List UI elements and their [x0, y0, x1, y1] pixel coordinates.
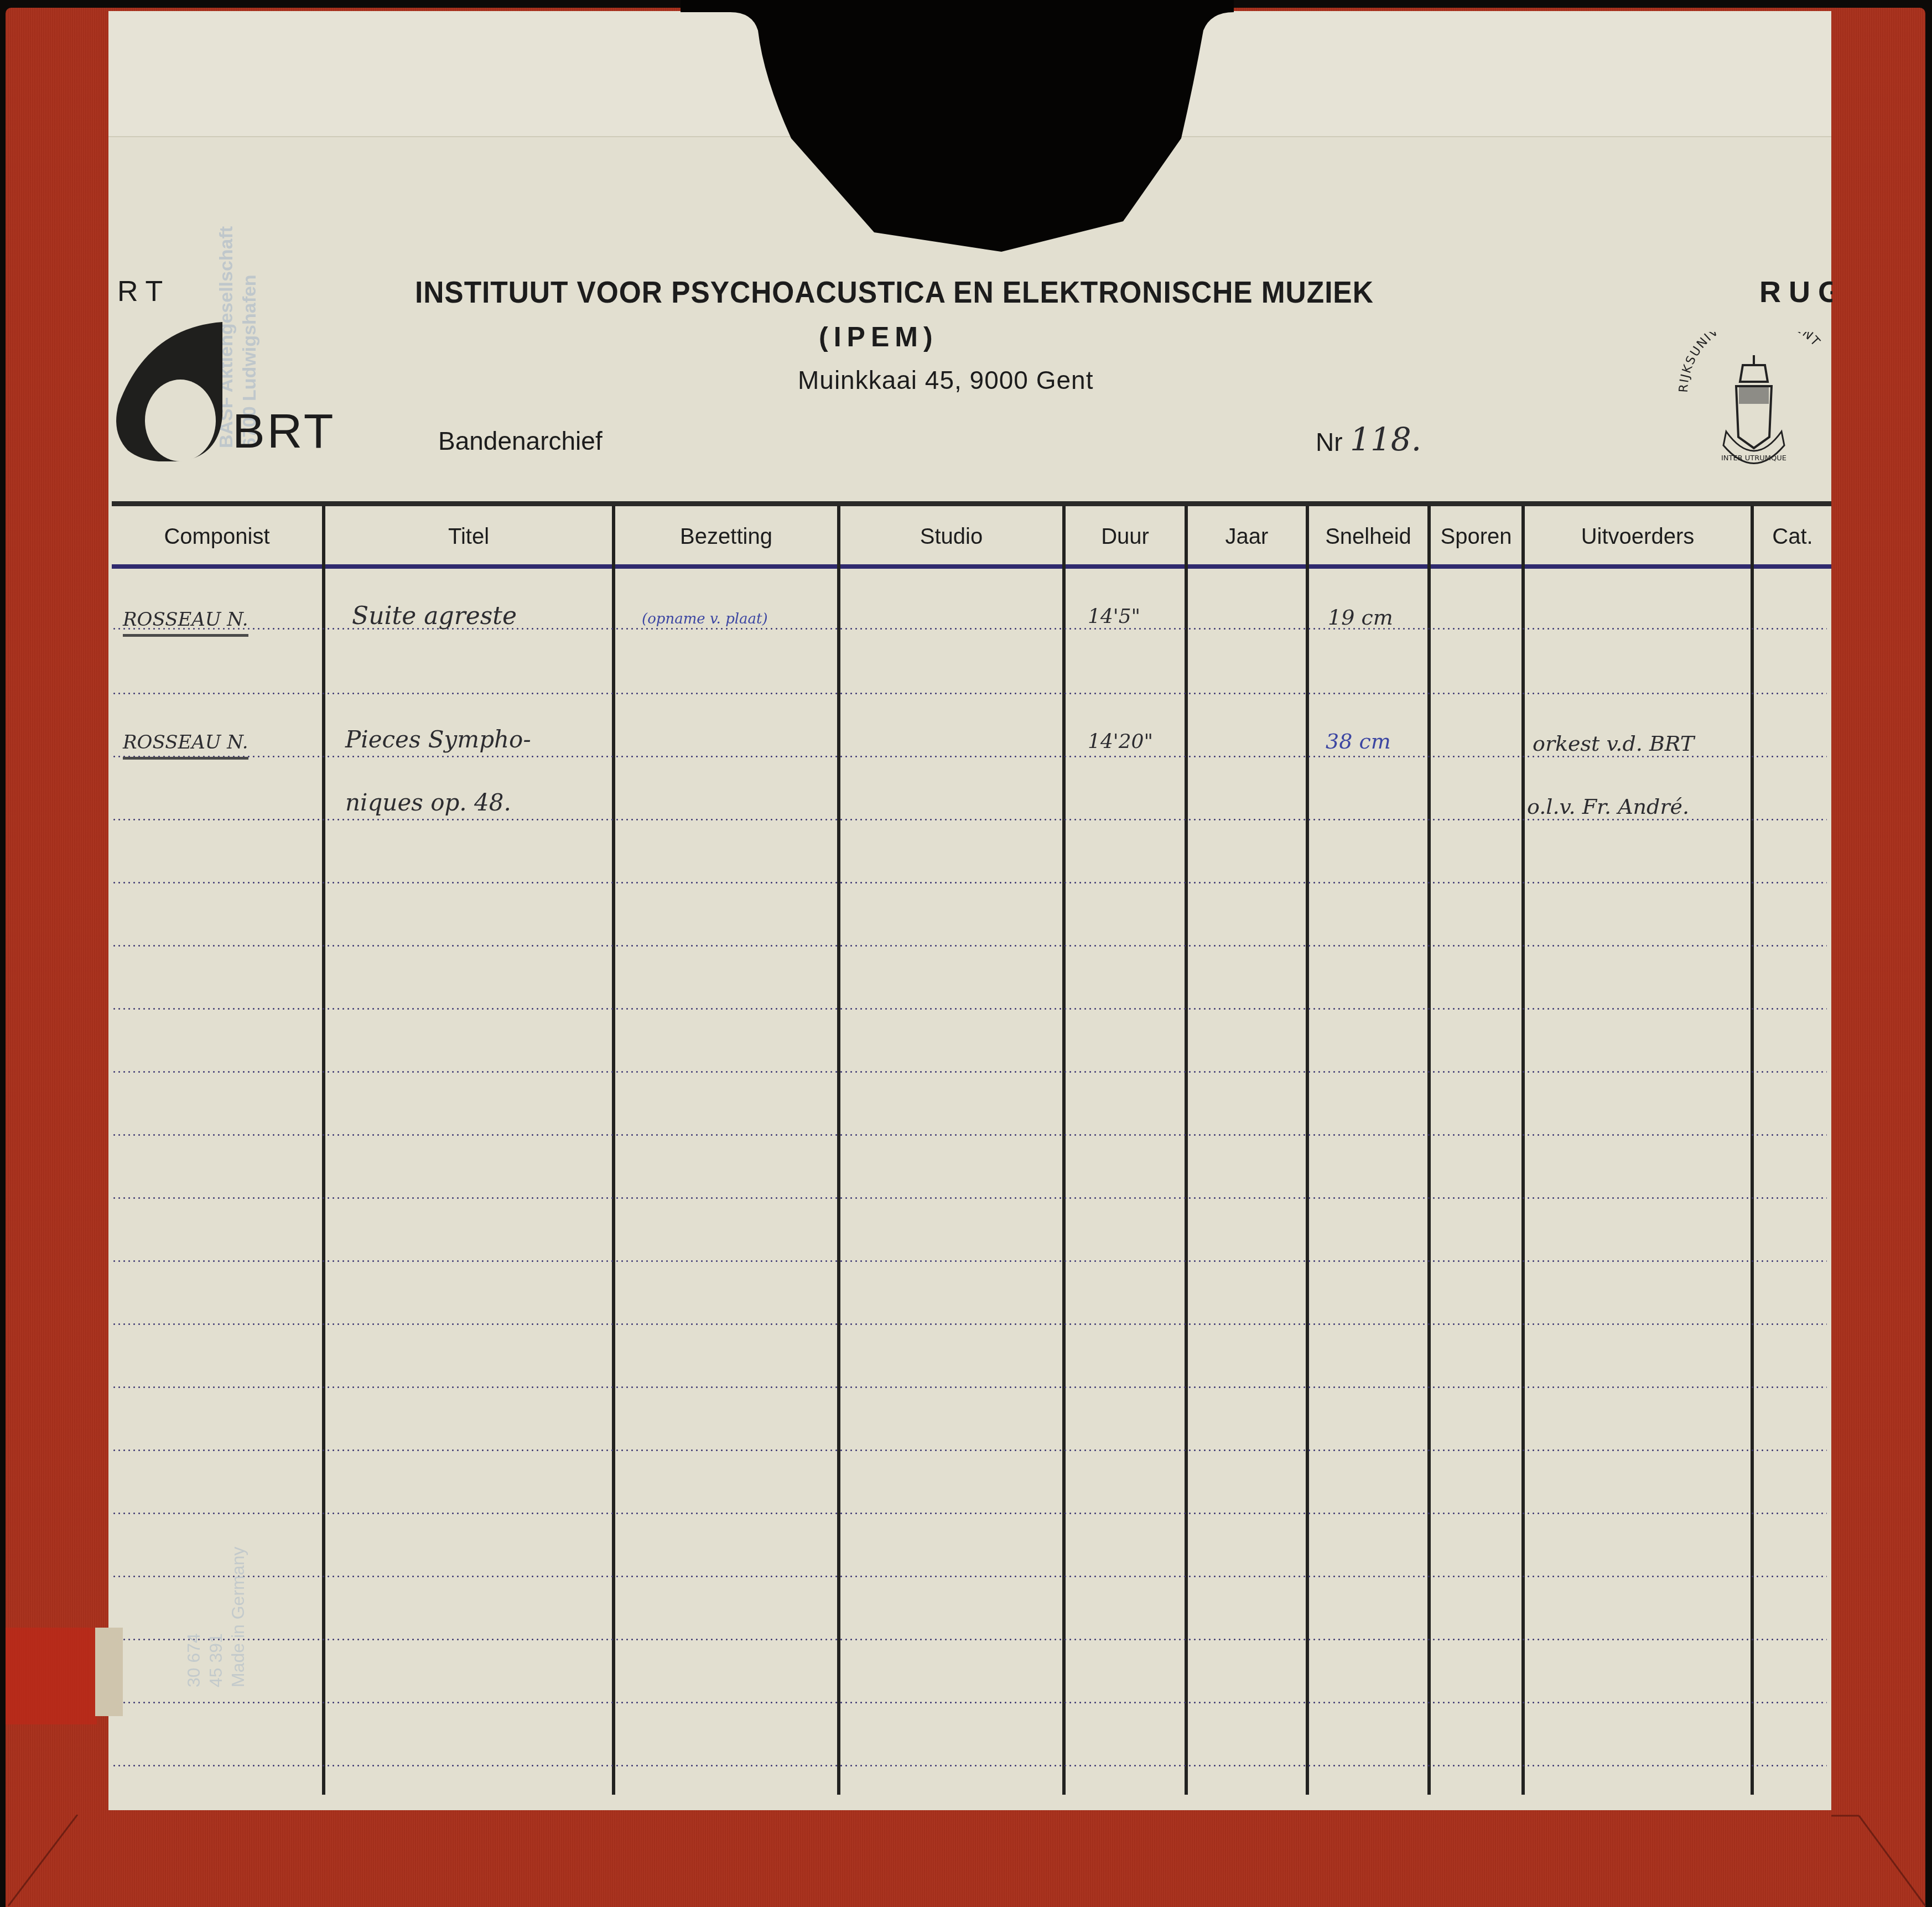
row-rule [112, 819, 1827, 820]
row-rule [112, 1008, 1827, 1010]
entry-2-titel-cont: niques op. 48. [345, 789, 511, 816]
entry-1-componist: ROSSEAU N. [123, 609, 248, 637]
corner-fold [6, 1815, 100, 1907]
entry-1-duur: 14'5" [1088, 605, 1140, 628]
header-bottom-rule [112, 564, 1831, 569]
row-rule [112, 1513, 1827, 1514]
table-top-rule [112, 501, 1831, 506]
row-rule [112, 1576, 1827, 1577]
col-divider [1185, 506, 1188, 1795]
col-divider [837, 506, 840, 1795]
entry-2-componist: ROSSEAU N. [123, 731, 248, 760]
entry-2-uitvoerders: orkest v.d. BRT [1533, 731, 1694, 756]
rt-tag: RT [117, 275, 170, 308]
row-rule [112, 945, 1827, 947]
row-rule [112, 1702, 1827, 1703]
svg-text:RIJKSUNIVERSITEIT-GENT: RIJKSUNIVERSITEIT-GENT [1677, 332, 1823, 393]
column-header-jaar: Jaar [1188, 524, 1306, 549]
reel-notch-cutout [681, 0, 1234, 252]
repair-tape-paper [95, 1628, 123, 1716]
entry-2-snelheid: 38 cm [1326, 729, 1391, 754]
institute-acronym: (IPEM) [819, 321, 938, 353]
number-label: Nr [1316, 427, 1343, 457]
row-rule [112, 1134, 1827, 1136]
row-rule [112, 1260, 1827, 1262]
corner-fold [1831, 1815, 1931, 1907]
column-header-uitvoerders: Uitvoerders [1525, 524, 1751, 549]
row-rule [112, 1323, 1827, 1325]
repair-tape-red [6, 1628, 97, 1724]
entry-2-uitvoerders-cont: o.l.v. Fr. André. [1527, 794, 1689, 819]
column-header-studio: Studio [840, 524, 1062, 549]
entry-1-titel: Suite agreste [352, 602, 517, 630]
col-divider [1521, 506, 1525, 1795]
university-crest-icon: RIJKSUNIVERSITEIT-GENT INTER UTRUMQUE [1671, 332, 1837, 476]
col-divider [1427, 506, 1431, 1795]
column-header-titel: Titel [325, 524, 612, 549]
row-rule [112, 1765, 1827, 1766]
col-divider [1306, 506, 1309, 1795]
row-rule [112, 1639, 1827, 1640]
col-divider [1062, 506, 1066, 1795]
row-rule [112, 693, 1827, 694]
column-header-sporen: Sporen [1431, 524, 1521, 549]
entry-2-titel: Pieces Sympho- [345, 726, 531, 753]
column-header-snelheid: Snelheid [1309, 524, 1427, 549]
row-rule [112, 1197, 1827, 1199]
column-header-componist: Componist [112, 524, 322, 549]
entry-1-bezetting: (opname v. plaat) [642, 611, 768, 627]
made-in-germany-watermark: 30 67445 391Made in Germany [183, 1488, 249, 1687]
row-rule [112, 1449, 1827, 1451]
row-rule [112, 1071, 1827, 1073]
column-header-bezetting: Bezetting [615, 524, 837, 549]
archive-label: Bandenarchief [438, 426, 603, 456]
institute-title: INSTITUUT VOOR PSYCHOACUSTICA EN ELEKTRO… [415, 274, 1374, 310]
column-header-cat: Cat. [1754, 524, 1831, 549]
entry-1-snelheid: 19 cm [1328, 605, 1393, 630]
row-rule [112, 882, 1827, 884]
col-divider [1751, 506, 1754, 1795]
institute-address: Muinkkaai 45, 9000 Gent [798, 365, 1093, 395]
svg-text:INTER UTRUMQUE: INTER UTRUMQUE [1721, 454, 1786, 463]
entry-2-duur: 14'20" [1088, 730, 1153, 753]
col-divider [322, 506, 325, 1795]
brt-logo-text: BRT [232, 403, 335, 459]
brt-logo-icon [114, 322, 222, 461]
column-header-duur: Duur [1066, 524, 1185, 549]
row-rule [112, 1386, 1827, 1388]
col-divider [612, 506, 615, 1795]
row-rule [112, 756, 1827, 757]
number-value: 118. [1350, 420, 1421, 458]
